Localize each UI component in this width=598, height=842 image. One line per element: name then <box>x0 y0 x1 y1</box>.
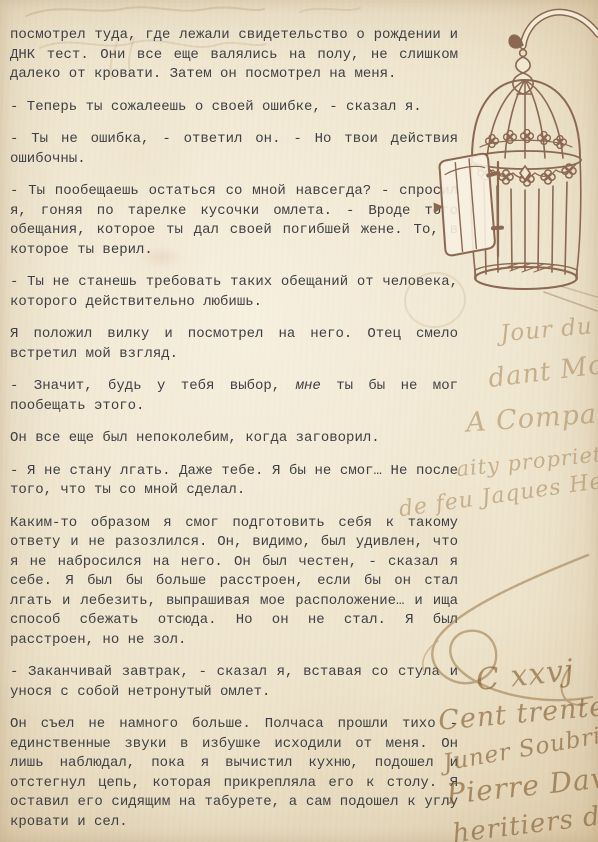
handwriting-fragment: Jour du N <box>499 311 598 348</box>
paragraph-dialogue: - Теперь ты сожалеешь о своей ошибке, - … <box>10 98 458 118</box>
paragraph-dialogue: - Я не стану лгать. Даже тебе. Я бы не с… <box>10 462 458 501</box>
ink-smudge <box>138 246 184 268</box>
paragraph-dialogue: - Значит, будь у тебя выбор, мне ты бы н… <box>10 377 458 416</box>
paragraph-dialogue: - Ты не ошибка, - ответил он. - Но твои … <box>10 130 458 169</box>
flourish-swash-decoration <box>368 545 598 740</box>
paragraph-dialogue: - Ты пообещаешь остаться со мной навсегд… <box>10 182 458 260</box>
paragraph: Он все еще был непоколебим, когда загово… <box>10 429 458 449</box>
paragraph: посмотрел туда, где лежали свидетельство… <box>10 26 458 85</box>
book-page: посмотрел туда, где лежали свидетельство… <box>0 0 598 842</box>
paragraph-dialogue: - Ты не станешь требовать таких обещаний… <box>10 273 458 312</box>
handwriting-fragment: dant Mon <box>487 348 598 394</box>
handwriting-fragment: aity proprietair <box>455 439 598 482</box>
paragraph-text: - Значит, будь у тебя выбор, <box>10 378 296 394</box>
birdcage-illustration <box>426 0 598 312</box>
emphasized-word: мне <box>296 378 321 394</box>
handwriting-fragment: Pierre David <box>445 758 598 811</box>
handwriting-fragment: heritiers de feu <box>451 793 598 842</box>
paragraph: Я положил вилку и посмотрел на него. Оте… <box>10 325 458 364</box>
handwriting-fragment: A Comparu <box>465 396 598 438</box>
